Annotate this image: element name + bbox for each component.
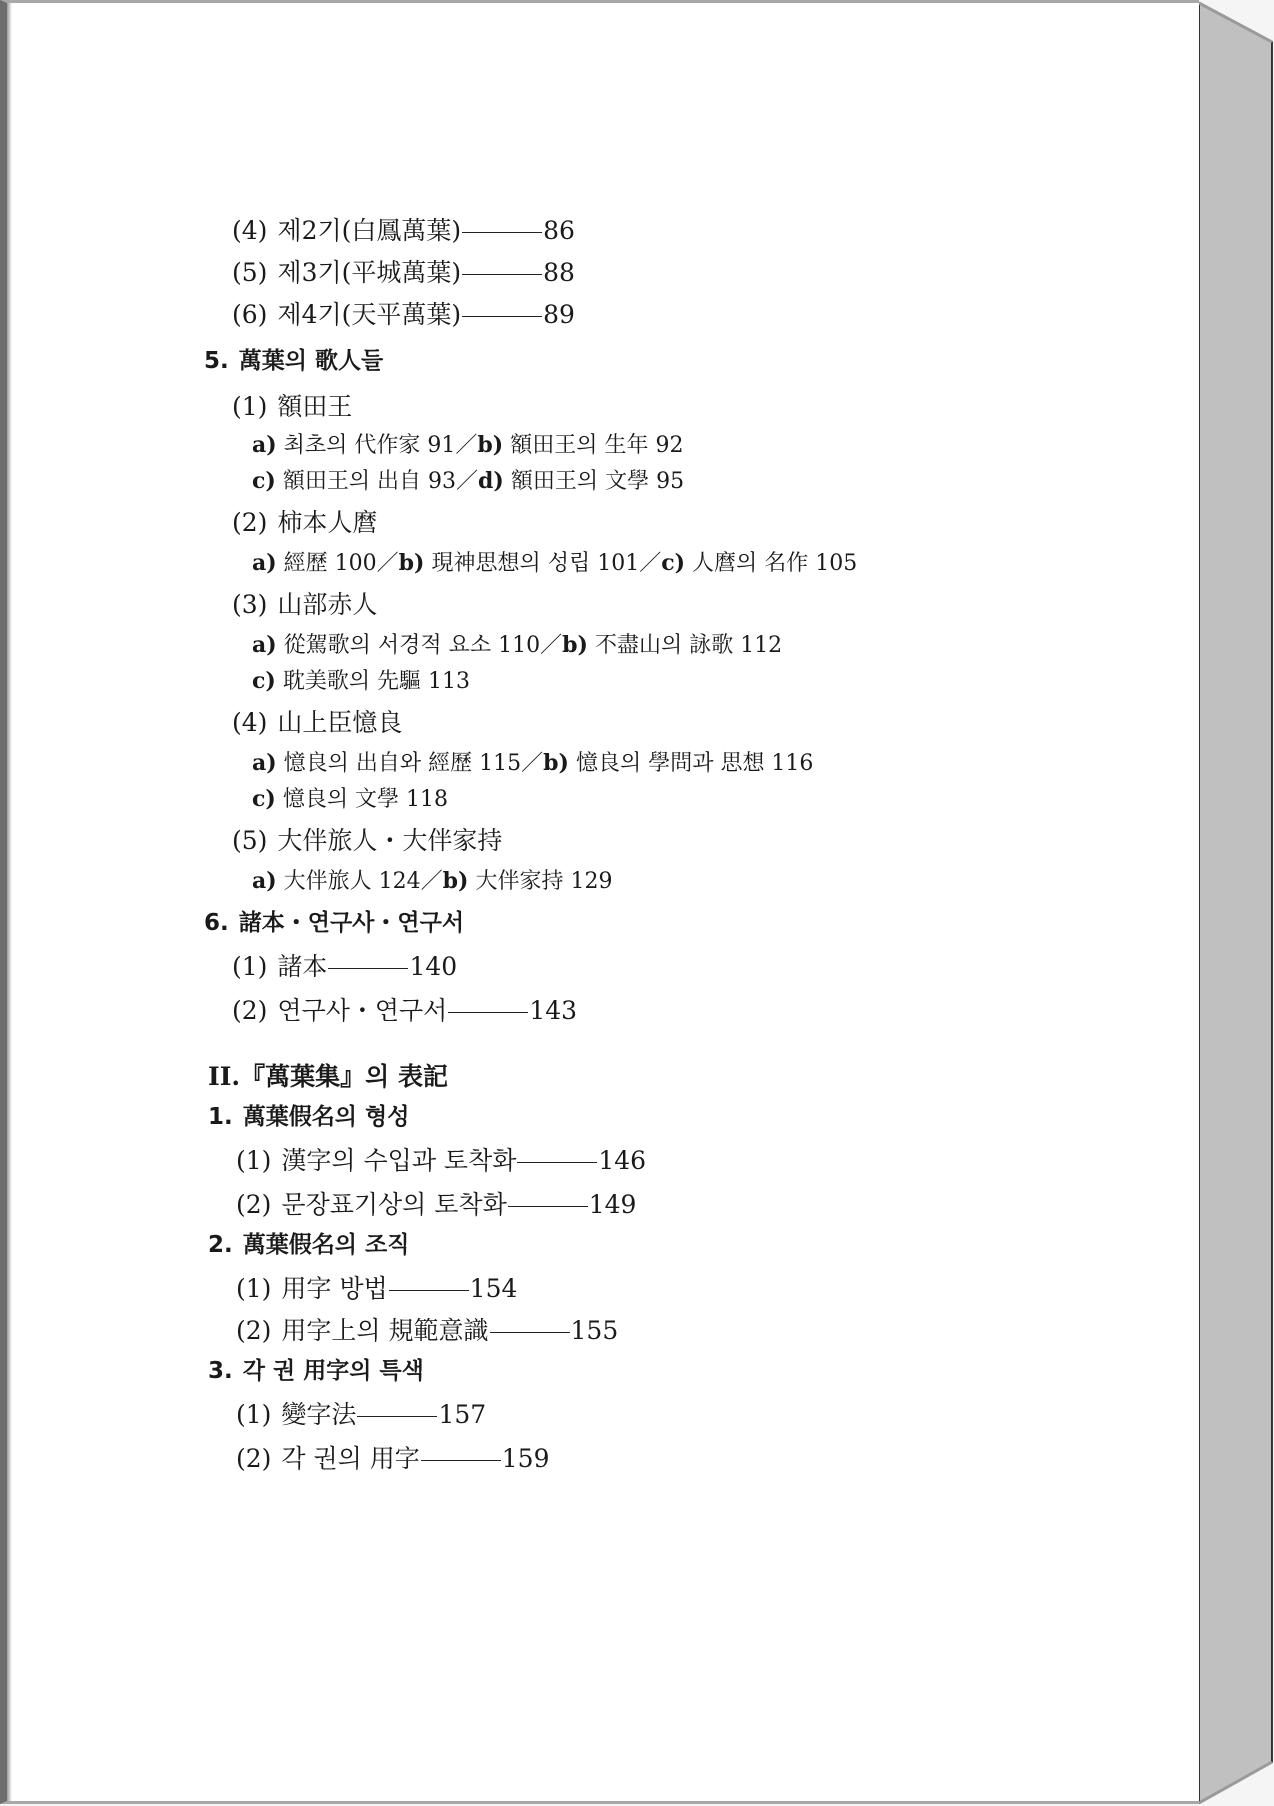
page-number: 86 [543,216,575,245]
dot-leader [508,1206,588,1207]
toc-content: (4)제2기(白鳳萬葉)86 (5)제3기(平城萬葉)88 (6)제4기(天平萬… [0,0,1274,1806]
section-title: 萬葉의 歌人들 [239,348,383,374]
sub-marker: a) [252,868,277,894]
toc-chapter: II.『萬葉集』의 表記 [208,1064,448,1089]
page-number: 149 [589,1190,637,1219]
page-number: 157 [438,1400,486,1429]
sub-marker: b) [443,868,469,894]
sub-title: 額田王의 生年 92 [510,433,683,458]
entry-title: 문장표기상의 토착화 [281,1190,506,1219]
entry-marker: (2) [236,1316,271,1345]
sub-marker: a) [252,632,277,658]
sub-title: 憶良의 文學 118 [283,787,448,812]
toc-subentries: c) 額田王의 出自 93／d) 額田王의 文學 95 [252,470,684,493]
entry-marker: (2) [232,996,267,1025]
dot-leader [389,1290,469,1291]
entry-marker: (5) [232,826,267,855]
toc-subentries: a) 經歷 100／b) 現神思想의 성립 101／c) 人麿의 名作 105 [252,552,857,575]
entry-title: 제2기(白鳳萬葉) [277,216,461,245]
page-number: 155 [571,1316,619,1345]
entry-title: 山上臣憶良 [277,708,402,737]
page-number: 88 [543,258,575,287]
toc-entry: (4)제2기(白鳳萬葉)86 [232,218,575,243]
section-number: 6. [204,910,229,936]
toc-entry: (4)山上臣憶良 [232,710,402,735]
sub-marker: a) [252,432,277,458]
toc-entry: (1)用字 방법154 [236,1276,517,1301]
chapter-number: II. [208,1062,240,1091]
entry-title: 각 권의 用字 [281,1444,419,1473]
entry-marker: (1) [232,392,267,421]
toc-entry: (2)用字上의 規範意識155 [236,1318,618,1343]
toc-subentries: a) 최초의 代作家 91／b) 額田王의 生年 92 [252,434,683,457]
toc-entry: (2)각 권의 用字159 [236,1446,550,1471]
sub-title: 憶良의 出自와 經歷 115／ [284,751,543,776]
toc-entry: (5)大伴旅人・大伴家持 [232,828,502,853]
toc-entry: (2)연구사・연구서143 [232,998,577,1023]
sub-title: 大伴家持 129 [475,869,612,894]
dot-leader [328,968,408,969]
section-number: 3. [208,1358,233,1384]
toc-entry: (1)變字法157 [236,1402,486,1427]
section-number: 1. [208,1104,233,1130]
dot-leader [421,1460,501,1461]
entry-marker: (1) [236,1400,271,1429]
toc-section: 5.萬葉의 歌人들 [204,350,383,373]
page-number: 89 [543,300,575,329]
sub-marker: b) [477,432,503,458]
entry-title: 額田王 [277,392,352,421]
entry-marker: (2) [236,1444,271,1473]
entry-title: 變字法 [281,1400,356,1429]
section-number: 2. [208,1232,233,1258]
toc-entry: (3)山部赤人 [232,592,377,617]
entry-marker: (3) [232,590,267,619]
sub-marker: b) [562,632,588,658]
section-title: 萬葉假名의 형성 [243,1104,410,1130]
entry-title: 用字 방법 [281,1274,387,1303]
toc-entry: (2)문장표기상의 토착화149 [236,1192,636,1217]
entry-title: 연구사・연구서 [277,996,447,1025]
sub-marker: c) [252,786,276,812]
page-number: 159 [502,1444,550,1473]
dot-leader [490,1332,570,1333]
chapter-title: 『萬葉集』의 表記 [240,1062,448,1091]
page-number: 140 [409,952,457,981]
sub-title: 不盡山의 詠歌 112 [595,633,782,658]
sub-marker: b) [543,750,569,776]
toc-section: 3.각 권 用字의 특색 [208,1360,424,1383]
entry-title: 漢字의 수입과 토착화 [281,1146,516,1175]
section-number: 5. [204,348,229,374]
toc-entry: (1)額田王 [232,394,352,419]
toc-entry: (5)제3기(平城萬葉)88 [232,260,575,285]
entry-marker: (4) [232,708,267,737]
toc-subentries: a) 憶良의 出自와 經歷 115／b) 憶良의 學問과 思想 116 [252,752,813,775]
entry-title: 柿本人麿 [277,508,377,537]
entry-marker: (1) [232,952,267,981]
entry-marker: (2) [236,1190,271,1219]
entry-marker: (2) [232,508,267,537]
toc-entry: (1)漢字의 수입과 토착화146 [236,1148,646,1173]
toc-subentries: a) 從駕歌의 서경적 요소 110／b) 不盡山의 詠歌 112 [252,634,782,657]
sub-title: 從駕歌의 서경적 요소 110／ [284,633,562,658]
dot-leader [517,1162,597,1163]
toc-section: 6.諸本・연구사・연구서 [204,912,464,935]
entry-title: 山部赤人 [277,590,377,619]
entry-title: 大伴旅人・大伴家持 [277,826,502,855]
dot-leader [448,1012,528,1013]
sub-marker: a) [252,750,277,776]
toc-entry: (1)諸本140 [232,954,457,979]
entry-marker: (6) [232,300,267,329]
sub-marker: c) [252,468,276,494]
toc-section: 2.萬葉假名의 조직 [208,1234,409,1257]
entry-title: 諸本 [277,952,327,981]
sub-marker: c) [661,550,685,576]
sub-marker: b) [399,550,425,576]
toc-section: 1.萬葉假名의 형성 [208,1106,409,1129]
page-number: 143 [529,996,577,1025]
toc-subentries: c) 憶良의 文學 118 [252,788,448,811]
sub-title: 耽美歌의 先驅 113 [283,669,470,694]
sub-title: 大伴旅人 124／ [284,869,443,894]
entry-marker: (4) [232,216,267,245]
sub-title: 額田王의 文學 95 [511,469,684,494]
toc-subentries: c) 耽美歌의 先驅 113 [252,670,470,693]
entry-marker: (1) [236,1146,271,1175]
toc-entry: (2)柿本人麿 [232,510,377,535]
toc-entry: (6)제4기(天平萬葉)89 [232,302,575,327]
dot-leader [357,1416,437,1417]
sub-title: 人麿의 名作 105 [692,551,857,576]
dot-leader [462,274,542,275]
toc-subentries: a) 大伴旅人 124／b) 大伴家持 129 [252,870,612,893]
entry-title: 제4기(天平萬葉) [277,300,461,329]
entry-marker: (5) [232,258,267,287]
dot-leader [462,232,542,233]
sub-marker: d) [478,468,504,494]
sub-marker: a) [252,550,277,576]
entry-title: 제3기(平城萬葉) [277,258,461,287]
entry-marker: (1) [236,1274,271,1303]
page-number: 146 [598,1146,646,1175]
sub-title: 經歷 100／ [284,551,399,576]
sub-title: 憶良의 學問과 思想 116 [576,751,813,776]
sub-title: 現神思想의 성립 101／ [431,551,661,576]
sub-marker: c) [252,668,276,694]
section-title: 萬葉假名의 조직 [243,1232,410,1258]
section-title: 각 권 用字의 특색 [243,1358,424,1384]
page-number: 154 [470,1274,518,1303]
section-title: 諸本・연구사・연구서 [239,910,464,936]
entry-title: 用字上의 規範意識 [281,1316,488,1345]
sub-title: 최초의 代作家 91／ [284,433,478,458]
dot-leader [462,316,542,317]
sub-title: 額田王의 出自 93／ [283,469,478,494]
